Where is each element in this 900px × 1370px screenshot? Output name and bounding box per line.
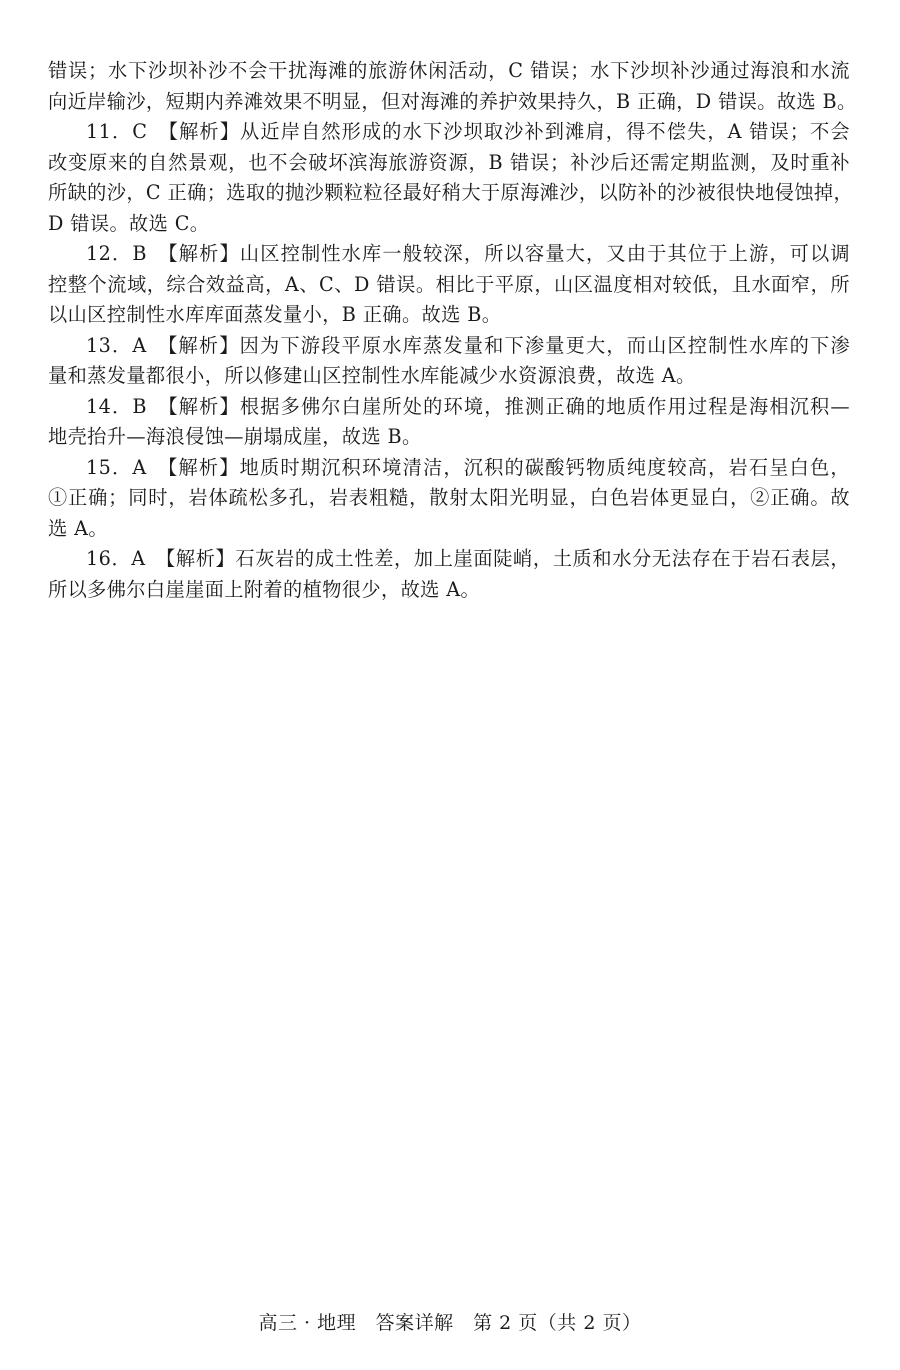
- paragraph-q12: 12．B 【解析】山区控制性水库一般较深，所以容量大，又由于其位于上游，可以调 …: [48, 239, 850, 331]
- text-line: 错误；水下沙坝补沙不会干扰海滩的旅游休闲活动，C 错误；水下沙坝补沙通过海浪和水…: [48, 56, 850, 87]
- text-line: 14．B 【解析】根据多佛尔白崖所处的环境，推测正确的地质作用过程是海相沉积—: [48, 392, 850, 423]
- paragraph-q14: 14．B 【解析】根据多佛尔白崖所处的环境，推测正确的地质作用过程是海相沉积— …: [48, 392, 850, 453]
- paragraph-q16: 16．A 【解析】石灰岩的成土性差，加上崖面陡峭，土质和水分无法存在于岩石表层，…: [48, 544, 850, 605]
- paragraph-q10-continued: 错误；水下沙坝补沙不会干扰海滩的旅游休闲活动，C 错误；水下沙坝补沙通过海浪和水…: [48, 56, 850, 117]
- text-line: 向近岸输沙，短期内养滩效果不明显，但对海滩的养护效果持久，B 正确，D 错误。故…: [48, 87, 850, 118]
- text-line: 16．A 【解析】石灰岩的成土性差，加上崖面陡峭，土质和水分无法存在于岩石表层，: [48, 544, 850, 575]
- text-line: 13．A 【解析】因为下游段平原水库蒸发量和下渗量更大，而山区控制性水库的下渗: [48, 331, 850, 362]
- text-line: 量和蒸发量都很小，所以修建山区控制性水库能减少水资源浪费，故选 A。: [48, 361, 850, 392]
- page-footer: 高三 · 地理 答案详解 第 2 页（共 2 页）: [0, 1308, 900, 1335]
- text-line: ①正确；同时，岩体疏松多孔，岩表粗糙，散射太阳光明显，白色岩体更显白，②正确。故: [48, 483, 850, 514]
- text-line: 15．A 【解析】地质时期沉积环境清洁，沉积的碳酸钙物质纯度较高，岩石呈白色，: [48, 453, 850, 484]
- text-line: D 错误。故选 C。: [48, 209, 850, 240]
- text-line: 所缺的沙，C 正确；选取的抛沙颗粒粒径最好稍大于原海滩沙，以防补的沙被很快地侵蚀…: [48, 178, 850, 209]
- paragraph-q11: 11．C 【解析】从近岸自然形成的水下沙坝取沙补到滩肩，得不偿失，A 错误；不会…: [48, 117, 850, 239]
- answer-explanation-page: 错误；水下沙坝补沙不会干扰海滩的旅游休闲活动，C 错误；水下沙坝补沙通过海浪和水…: [48, 56, 850, 605]
- text-line: 控整个流域，综合效益高，A、C、D 错误。相比于平原，山区温度相对较低，且水面窄…: [48, 270, 850, 301]
- text-line: 以山区控制性水库库面蒸发量小，B 正确。故选 B。: [48, 300, 850, 331]
- paragraph-q15: 15．A 【解析】地质时期沉积环境清洁，沉积的碳酸钙物质纯度较高，岩石呈白色， …: [48, 453, 850, 545]
- paragraph-q13: 13．A 【解析】因为下游段平原水库蒸发量和下渗量更大，而山区控制性水库的下渗 …: [48, 331, 850, 392]
- text-line: 所以多佛尔白崖崖面上附着的植物很少，故选 A。: [48, 575, 850, 606]
- text-line: 改变原来的自然景观，也不会破坏滨海旅游资源，B 错误；补沙后还需定期监测，及时重…: [48, 148, 850, 179]
- text-line: 11．C 【解析】从近岸自然形成的水下沙坝取沙补到滩肩，得不偿失，A 错误；不会: [48, 117, 850, 148]
- text-line: 选 A。: [48, 514, 850, 545]
- text-line: 地壳抬升—海浪侵蚀—崩塌成崖，故选 B。: [48, 422, 850, 453]
- text-line: 12．B 【解析】山区控制性水库一般较深，所以容量大，又由于其位于上游，可以调: [48, 239, 850, 270]
